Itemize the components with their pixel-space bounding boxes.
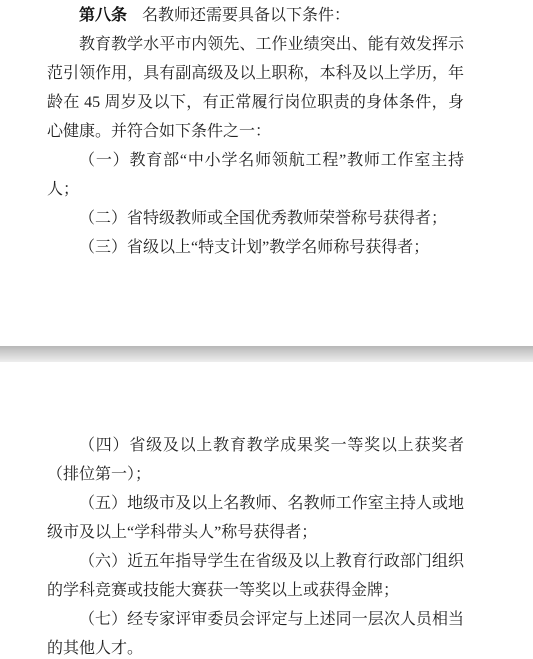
body-paragraph: （三）省级以上“特支计划”教学名师称号获得者； — [47, 233, 464, 262]
page-2-paragraphs: （四）省级及以上教育教学成果奖一等奖以上获奖者（排位第一）；（五）地级市及以上名… — [47, 431, 464, 659]
page-break-separator — [0, 346, 533, 362]
page-2-content: （四）省级及以上教育教学成果奖一等奖以上获奖者（排位第一）；（五）地级市及以上名… — [47, 431, 464, 659]
page-1-content: 第八条名教师还需要具备以下条件： 教育教学水平市内领先、工作业绩突出、能有效发挥… — [47, 1, 464, 262]
article-heading-text: 名教师还需要具备以下条件： — [142, 7, 350, 24]
body-paragraph: （二）省特级教师或全国优秀教师荣誉称号获得者； — [47, 204, 464, 233]
body-paragraph: （六）近五年指导学生在省级及以上教育行政部门组织的学科竞赛或技能大赛获一等奖以上… — [47, 547, 464, 605]
body-paragraph: 教育教学水平市内领先、工作业绩突出、能有效发挥示范引领作用，具有副高级及以上职称… — [47, 30, 464, 146]
body-paragraph: （一）教育部“中小学名师领航工程”教师工作室主持人； — [47, 146, 464, 204]
body-paragraph: （四）省级及以上教育教学成果奖一等奖以上获奖者（排位第一）； — [47, 431, 464, 489]
page-1-paragraphs: 教育教学水平市内领先、工作业绩突出、能有效发挥示范引领作用，具有副高级及以上职称… — [47, 30, 464, 262]
article-number: 第八条 — [79, 7, 127, 24]
body-paragraph: （七）经专家评审委员会评定与上述同一层次人员相当的其他人才。 — [47, 605, 464, 659]
body-paragraph: （五）地级市及以上名教师、名教师工作室主持人或地级市及以上“学科带头人”称号获得… — [47, 489, 464, 547]
article-heading: 第八条名教师还需要具备以下条件： — [47, 1, 464, 30]
document-page-view: 第八条名教师还需要具备以下条件： 教育教学水平市内领先、工作业绩突出、能有效发挥… — [0, 0, 533, 659]
